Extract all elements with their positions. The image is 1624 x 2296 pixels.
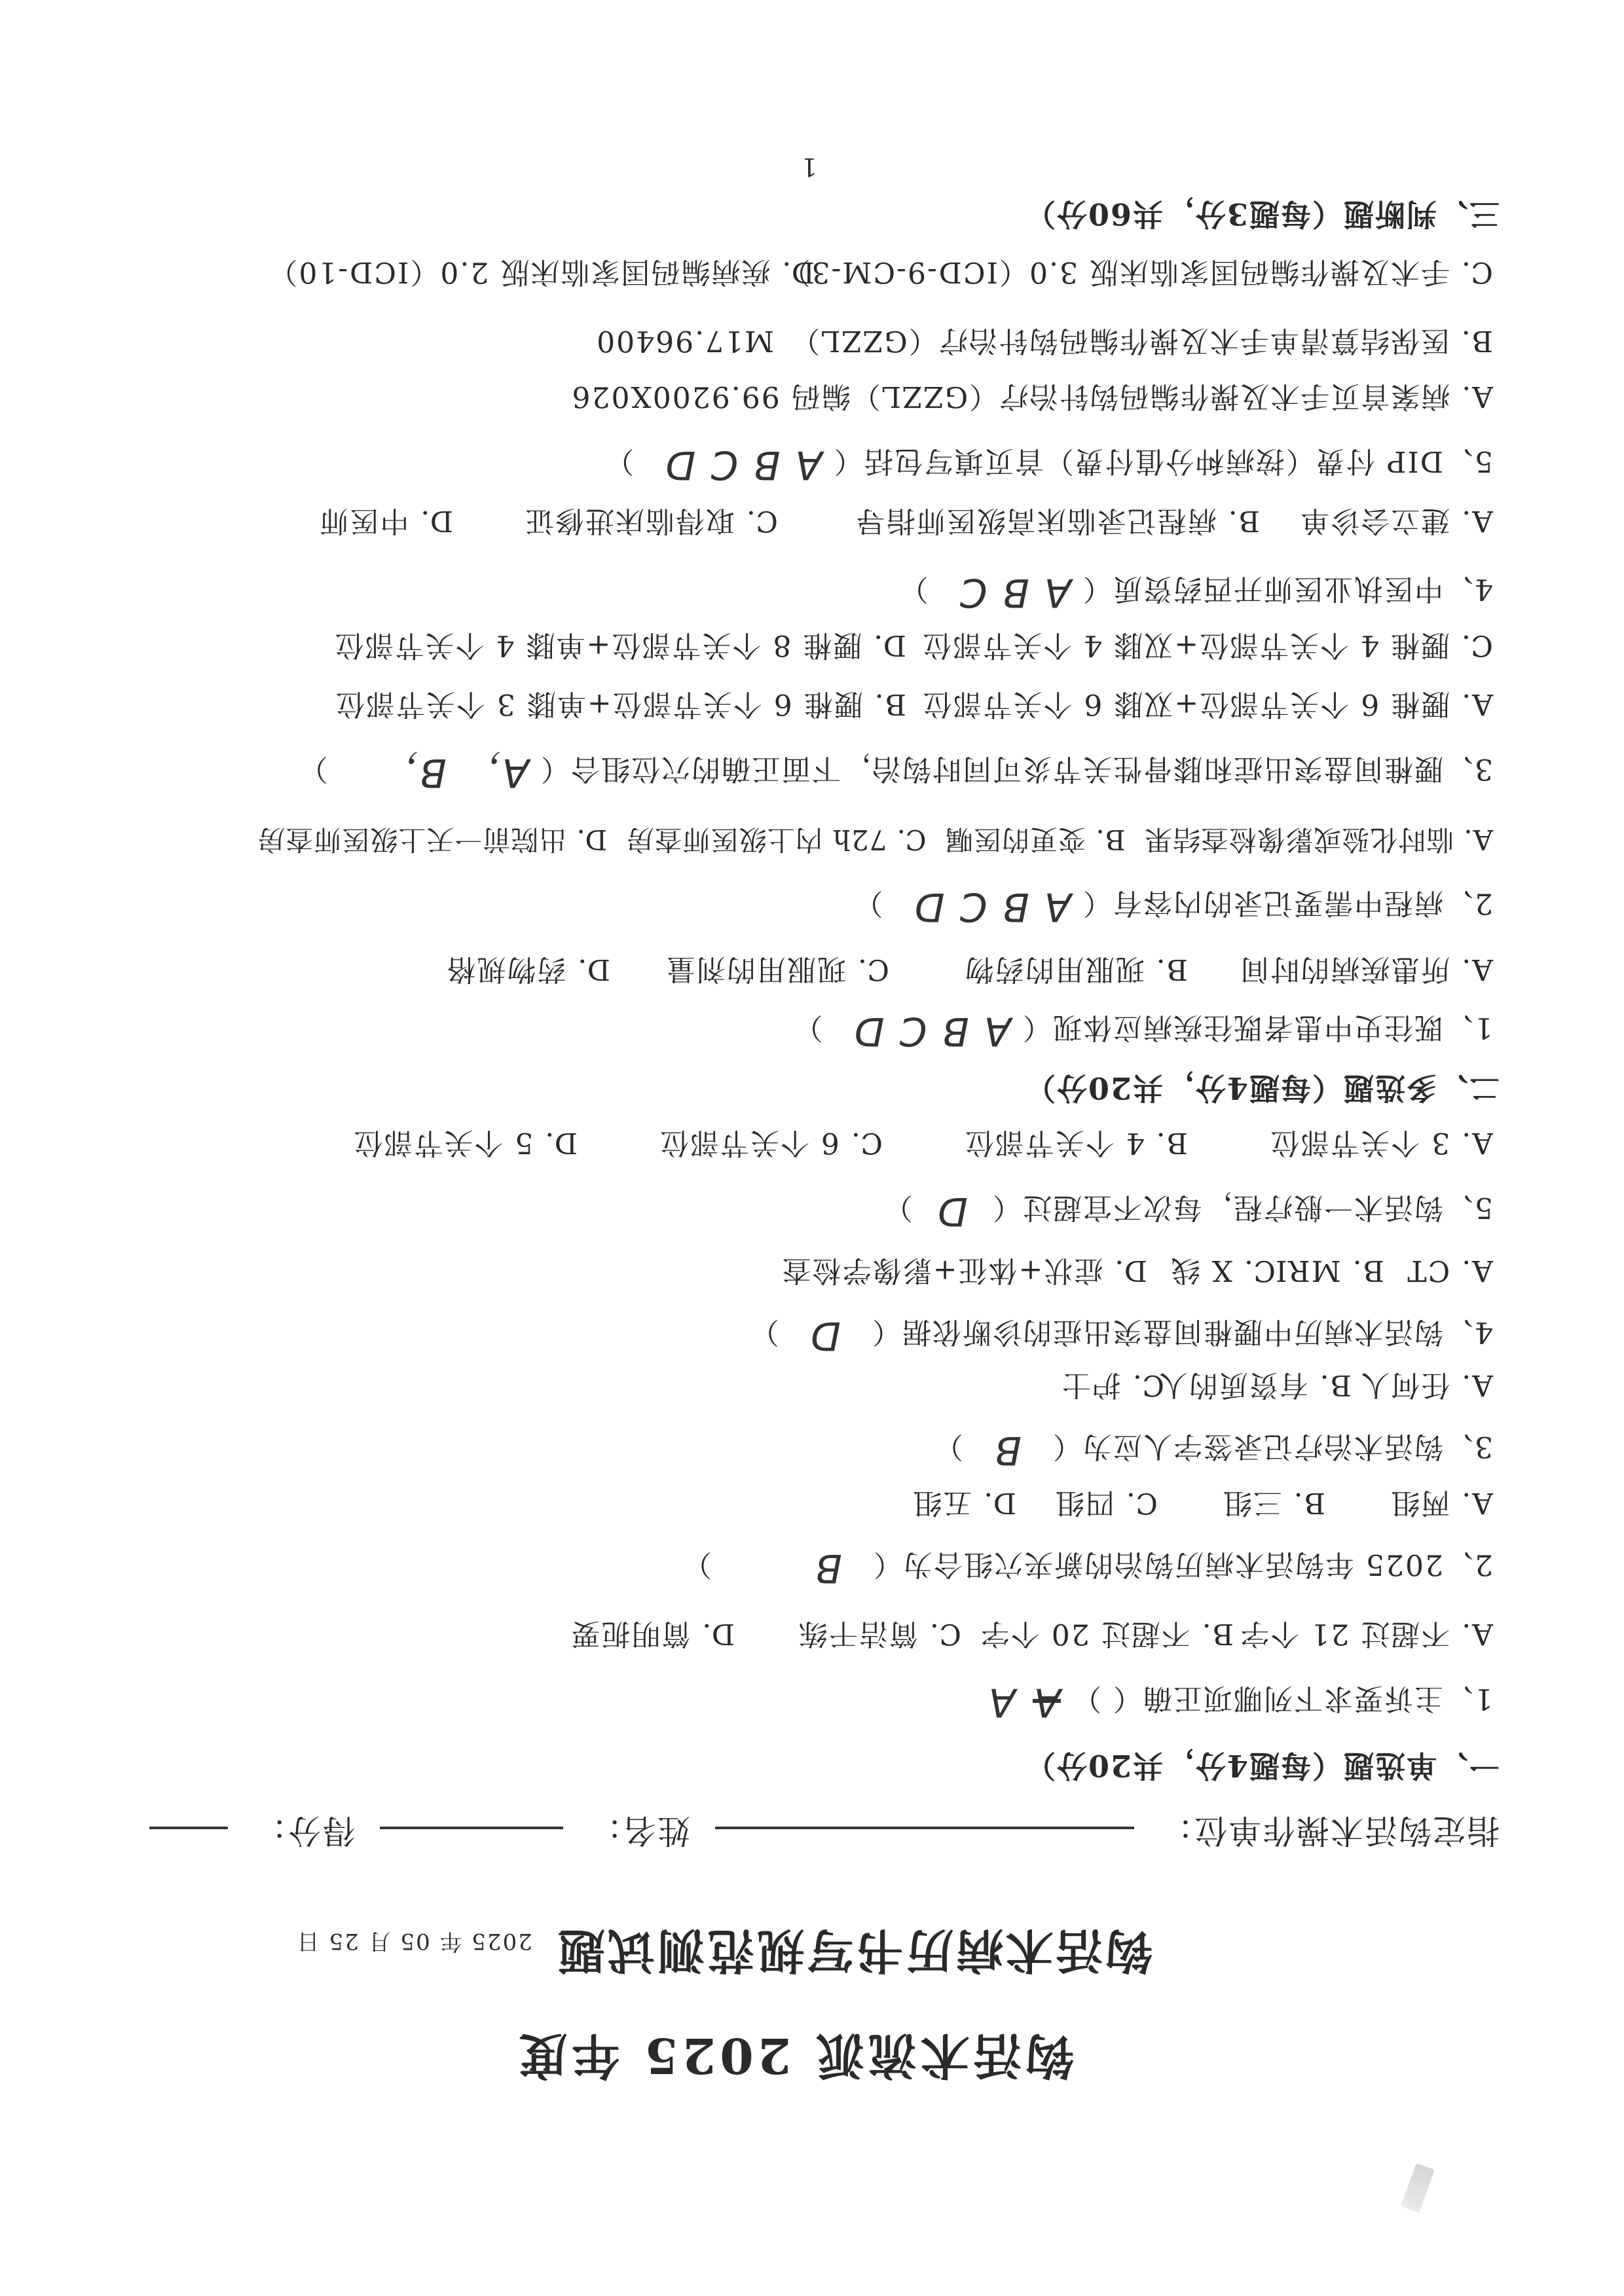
option-b: B. 三组 (1168, 1485, 1325, 1527)
question-text: 2、2025 年钩活术病历钩治的新夹穴组合为（ (872, 1548, 1493, 1581)
option-d: D. 中医师 (318, 503, 453, 545)
sc-question-4: 4、钩活术病历中腰椎间盘突出症的诊断依据（ D ） (749, 1313, 1493, 1358)
option-c: C. 手术及操作编码国家临床版 3.0（ICD-9-CM-3） (825, 254, 1493, 296)
option-b: B. 4 个关节部位 (893, 1125, 1188, 1167)
question-close-paren: ） (604, 445, 634, 478)
handwritten-answer: B (993, 1427, 1022, 1473)
section-multi-choice-heading: 二、多选题（每题4分，共20分） (1024, 1068, 1500, 1112)
mc-question-5: 5、DIP 付费（按病种分值付费）首页填写包括（ A B C D ） (604, 442, 1493, 488)
option-c: C. 取得临床进修证 (464, 503, 778, 545)
mc-options-5-b: B. 医保结算清单手术及操作编码钩针治疗（GZZL） M17.96400 (595, 323, 1493, 365)
mc-options-1: A. 所患疾病的时间 B. 现服用的药物 C. 现服用的剂量 D. 药物规格 (445, 951, 1493, 993)
option-a: A. 建立会诊单 (1270, 503, 1493, 545)
sc-question-1: 1、主诉要求下列哪项正确（ ） A A (987, 1679, 1493, 1725)
mc-question-2: 2、病程中需要记录的内容有（ A B C D ） (853, 884, 1493, 930)
question-text: 3、腰椎间盘突出症和膝骨性关节炎可同时钩治，下面正确的穴位组合（ (540, 752, 1493, 786)
handwritten-answer: A B C D (664, 442, 822, 488)
score-field[interactable] (149, 1827, 228, 1829)
option-a: A. 所患疾病的时间 (1198, 951, 1493, 993)
question-close-paren: ） (682, 1548, 712, 1581)
exam-date: 2025 年 05 月 25 日 (296, 1928, 532, 1954)
mc-options-2: A. 临时化验或影像检查结果 B. 变更的医嘱 C. 72h 内上级医师查房 D… (257, 822, 1493, 861)
option-a: A. 不超过 21 个字 (1244, 1616, 1493, 1658)
option-b: B. 现服用的药物 (900, 951, 1188, 993)
exam-title: 钩活术流派 2025 年度 (515, 2024, 1074, 2094)
handwritten-answer: B (814, 1545, 842, 1591)
mc-question-4: 4、中医执业医师开西药资质（ A B C ） (898, 570, 1493, 615)
option-d: D. 腰椎 8 个关节部位+单膝 4 个关节部位 (334, 627, 906, 669)
page-number: 1 (802, 153, 817, 181)
option-c: C. 护士 (1061, 1367, 1164, 1409)
option-a: A. 任何人 (1362, 1367, 1493, 1409)
section-single-choice-heading: 一、单选题（每题4分，共20分） (1024, 1746, 1500, 1789)
mc-options-5-cd: C. 手术及操作编码国家临床版 3.0（ICD-9-CM-3） D. 疾病编码国… (267, 254, 1493, 296)
question-text: 1、既往史中患者既往疾病应体现（ (1022, 1011, 1493, 1044)
handwritten-struck-answer: A (1033, 1679, 1061, 1725)
sc-question-3: 3、钩活术治疗记录签字人应为（ B ） (933, 1427, 1493, 1473)
handwritten-answer: A B C (959, 570, 1071, 615)
handwritten-answer: A (987, 1679, 1016, 1725)
question-text: 4、中医执业医师开西药资质（ (1082, 572, 1493, 606)
section-true-false-heading: 三、判断题（每题3分，共60分） (1024, 194, 1500, 238)
unit-field[interactable] (715, 1827, 1134, 1829)
option-d: D. 五组 (912, 1485, 1016, 1527)
sc-options-5: A. 3 个关节部位 B. 4 个关节部位 C. 6 个关节部位 D. 5 个关… (352, 1125, 1493, 1167)
mc-options-3-row1: A. 腰椎 6 个关节部位+双膝 6 个关节部位 B. 腰椎 6 个关节部位+单… (335, 686, 1493, 728)
exam-subtitle: 钩活术病历书写规范测试题 (555, 1923, 1153, 1978)
question-close-paren: ） (898, 572, 929, 606)
question-close-paren: ） (749, 1315, 779, 1349)
option-d: D. 疾病编码国家临床版 2.0（ICD-10） (267, 254, 815, 296)
option-a: A. 临时化验或影像检查结果 (1144, 822, 1493, 861)
option-c: C. 四组 (1027, 1485, 1158, 1527)
option-b: B. 腰椎 6 个关节部位+单膝 3 个关节部位 (335, 686, 906, 728)
question-text: 5、DIP 付费（按病种分值付费）首页填写包括（ (833, 445, 1493, 478)
unit-label: 指定钩活术操作单位： (1159, 1812, 1500, 1850)
option-a: A. CT (1395, 1254, 1493, 1287)
option-d: D. 简明扼要 (570, 1616, 735, 1658)
sc-options-3: A. 任何人 B. 有资质的人 C. 护士 (1061, 1367, 1493, 1409)
sc-question-5: 5、钩活术一般疗程，每次不宜超过（ D ） (883, 1188, 1493, 1234)
option-c: C. 72h 内上级医师查房 (625, 822, 926, 861)
handwritten-answer: A， B， (378, 748, 529, 804)
option-b: B. MRI (1286, 1254, 1384, 1287)
question-text: 1、主诉要求下列哪项正确（ (1112, 1682, 1493, 1715)
question-close-paren: ） (883, 1191, 913, 1224)
sc-options-1: A. 不超过 21 个字 B. 不超过 20 个字 C. 简洁干练 D. 简明扼… (570, 1616, 1493, 1658)
option-a: A. 两组 (1336, 1485, 1493, 1527)
option-b: B. 不超过 20 个字 (972, 1616, 1234, 1658)
option-b: B. 变更的医嘱 (945, 822, 1126, 861)
option-a: A. 3 个关节部位 (1198, 1125, 1493, 1167)
handwritten-answer: A B C D (913, 884, 1071, 930)
mc-question-3: 3、腰椎间盘突出症和膝骨性关节炎可同时钩治，下面正确的穴位组合（ A， B， ） (298, 748, 1493, 804)
mc-question-1: 1、既往史中患者既往疾病应体现（ A B C D ） (792, 1008, 1493, 1054)
scan-smudge (1401, 2163, 1435, 2213)
option-c: C. 腰椎 4 个关节部位+双膝 4 个关节部位 (917, 627, 1493, 669)
handwritten-answer: A B C D (853, 1008, 1011, 1054)
option-c: C. 简洁干练 (745, 1616, 961, 1658)
option-d: D. 药物规格 (445, 951, 610, 993)
question-close-paren: ） (792, 1011, 822, 1044)
sc-question-2: 2、2025 年钩活术病历钩治的新夹穴组合为（ B ） (682, 1545, 1493, 1591)
question-text: 3、钩活术治疗记录签字人应为（ (1052, 1430, 1493, 1463)
name-label: 姓名： (588, 1812, 690, 1850)
option-c: C. X 线 (1158, 1252, 1276, 1294)
option-d: D. 5 个关节部位 (352, 1125, 578, 1167)
name-field[interactable] (380, 1827, 563, 1829)
sc-options-2: A. 两组 B. 三组 C. 四组 D. 五组 (912, 1485, 1493, 1527)
question-close-paren: ） (1071, 1682, 1101, 1715)
exam-page: 钩活术流派 2025 年度 钩活术病历书写规范测试题 2025 年 05 月 2… (0, 0, 1624, 2296)
handwritten-answer: D (809, 1313, 841, 1358)
option-d: D. 症状+体征+影像学检查 (781, 1252, 1147, 1294)
mc-options-3-row2: C. 腰椎 4 个关节部位+双膝 4 个关节部位 D. 腰椎 8 个关节部位+单… (334, 627, 1493, 669)
question-text: 4、钩活术病历中腰椎间盘突出症的诊断依据（ (871, 1315, 1493, 1349)
sc-options-4: A. CT B. MRI C. X 线 D. 症状+体征+影像学检查 (781, 1252, 1493, 1294)
score-label: 得分： (253, 1812, 355, 1850)
option-d: D. 出院前一天上级医师查房 (257, 822, 607, 861)
exam-info-row: 指定钩活术操作单位： 姓名： 得分： (149, 1810, 1500, 1857)
question-close-paren: ） (933, 1430, 963, 1463)
option-a: A. 腰椎 6 个关节部位+双膝 6 个关节部位 (917, 686, 1493, 728)
question-text: 2、病程中需要记录的内容有（ (1082, 886, 1493, 920)
question-close-paren: ） (853, 886, 883, 920)
question-close-paren: ） (298, 752, 328, 786)
subtitle-row: 钩活术病历书写规范测试题 2025 年 05 月 25 日 (296, 1920, 1153, 1988)
handwritten-answer: D (936, 1188, 968, 1234)
option-c: C. 6 个关节部位 (588, 1125, 883, 1167)
mc-options-4: A. 建立会诊单 B. 病程记录临床高级医师指导 C. 取得临床进修证 D. 中… (318, 503, 1493, 545)
option-b: B. 病程记录临床高级医师指导 (788, 503, 1260, 545)
mc-options-5-a: A. 病案首页手术及操作编码钩针治疗（GZZL）编码 99.9200X026 (570, 378, 1493, 420)
option-c: C. 现服用的剂量 (621, 951, 889, 993)
question-text: 5、钩活术一般疗程，每次不宜超过（ (991, 1191, 1493, 1224)
option-b: B. 有资质的人 (1175, 1367, 1352, 1409)
